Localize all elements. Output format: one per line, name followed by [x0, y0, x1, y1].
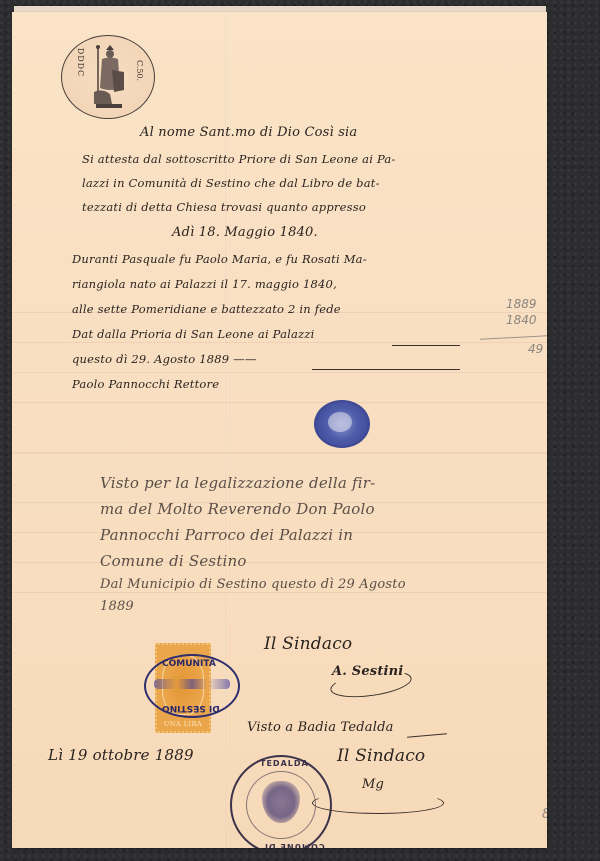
- rector-signature: Paolo Pannocchi Rettore: [72, 377, 219, 391]
- margin-note: 49: [528, 342, 543, 356]
- body-line: questo dì 29. Agosto 1889 ——: [72, 352, 257, 366]
- body-line: Dat dalla Prioria di San Leone ai Palazz…: [72, 327, 314, 341]
- legalization-line: Dal Municipio di Sestino questo dì 29 Ag…: [100, 577, 406, 592]
- cancel-top-text: COMUNITÀ: [162, 659, 216, 669]
- parish-stamp-icon: [314, 400, 370, 448]
- body-line: Si attesta dal sottoscritto Priore di Sa…: [82, 152, 396, 166]
- seal-left-text: DDDC: [76, 48, 85, 77]
- ruled-line: [12, 402, 547, 403]
- body-line: alle sette Pomeridiane e battezzato 2 in…: [72, 302, 341, 316]
- record-date-line: Adì 18. Maggio 1840.: [172, 225, 318, 240]
- cancel-bottom-text: DI SESTINO: [162, 703, 220, 713]
- filler-line: [312, 369, 460, 370]
- legalization-line: Pannocchi Parroco dei Palazzi in: [100, 526, 353, 544]
- legalization-line: ma del Molto Reverendo Don Paolo: [100, 500, 375, 518]
- margin-note: 1889: [506, 297, 537, 311]
- body-line: lazzi in Comunità di Sestino che dal Lib…: [82, 176, 380, 190]
- stamp-top-text: TEDALDA: [260, 759, 309, 768]
- ruled-line: [12, 372, 547, 373]
- date-line: Lì 19 ottobre 1889: [48, 746, 194, 764]
- ruled-line: [12, 562, 547, 563]
- page-number: 8: [542, 807, 547, 822]
- pencil-line: [480, 335, 547, 340]
- legalization-year: 1889: [100, 599, 134, 614]
- visto-line: Visto a Badia Tedalda: [247, 720, 394, 735]
- ruled-line: [12, 342, 547, 343]
- stamp-bottom-text: COMUNE DI: [264, 842, 325, 848]
- sindaco-signature-2: Mg: [362, 777, 384, 792]
- body-line: Duranti Pasquale fu Paolo Maria, e fu Ro…: [72, 252, 367, 266]
- legalization-line: Comune di Sestino: [100, 552, 247, 570]
- seated-italia-figure-icon: [92, 44, 126, 110]
- invocation-line: Al nome Sant.mo di Dio Così sia: [140, 125, 357, 140]
- cancel-emblem-icon: [154, 679, 230, 689]
- margin-note: 1840: [506, 313, 537, 327]
- filler-line: [392, 345, 460, 346]
- body-line: riangiola nato ai Palazzi il 17. maggio …: [72, 277, 337, 291]
- filler-line: [407, 733, 447, 737]
- seal-value-text: C.50.: [135, 60, 144, 81]
- legalization-line: Visto per la legalizzazione della fir-: [100, 474, 375, 492]
- fold-crease-horizontal: [12, 452, 547, 454]
- tax-seal-icon: DDDC C.50.: [61, 35, 155, 119]
- document-page: DDDC C.50. Al nome Sant.mo di Dio Così s…: [12, 12, 547, 848]
- signature-flourish: [312, 792, 444, 814]
- stamp-denomination: UNA LIRA: [157, 720, 209, 728]
- sindaco-title: Il Sindaco: [264, 634, 352, 654]
- comunita-cancel-stamp: COMUNITÀ DI SESTINO: [144, 654, 240, 718]
- sindaco-title-2: Il Sindaco: [337, 746, 425, 766]
- body-line: tezzati di detta Chiesa trovasi quanto a…: [82, 200, 366, 214]
- ruled-line: [12, 592, 547, 593]
